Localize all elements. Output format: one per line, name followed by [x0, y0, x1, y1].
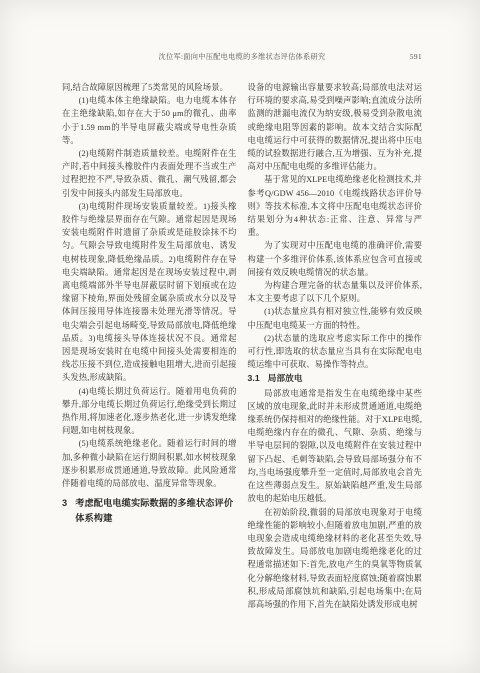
paragraph-continuation: 同,结合故障原因梳理了5类常见的风险场景。 — [62, 81, 237, 94]
section-number: 3.1 — [248, 372, 260, 385]
paragraph: 为了实现对中压配电电缆的准确评价,需要构建一个多维评价体系,该体系应包含可直接或… — [248, 239, 423, 279]
section-3-heading: 3 考虑配电电缆实际数据的多维状态评价体系构建 — [62, 496, 237, 525]
paragraph: (4)电缆长期过负荷运行。随着用电负荷的攀升,部分电缆长期过负荷运行,绝缘受到长… — [62, 385, 237, 438]
running-title: 沈位军:面向中压配电电缆的多维状态评估体系研究 — [62, 51, 422, 63]
paragraph: 局部放电通常是指发生在电缆绝缘中某些区域的放电现象,此时并未形成贯通通道,电缆绝… — [248, 387, 423, 506]
page-number: 591 — [410, 51, 422, 63]
paragraph: (5)电缆系统绝缘老化。随着运行时间的增加,多种微小缺陷在运行期间积累,如水树枝… — [62, 437, 237, 490]
paragraph: (2)电缆附件制造质量较差。电缆附件在生产时,若中间接头橡胶件内表面处理不当或生… — [62, 147, 237, 200]
paragraph: (1)状态量应具有相对独立性,能够有效反映中压配电电缆某一方面的特性。 — [248, 305, 423, 331]
left-column: 同,结合故障原因梳理了5类常见的风险场景。 (1)电缆本体主绝缘缺陷。电力电缆本… — [62, 81, 237, 611]
paragraph: (2)状态量的选取应考虑实际工作中的操作可行性,即选取的状态量应当具有在实际配电… — [248, 332, 423, 372]
paragraph: (3)电缆附件现场安装质量较差。1)接头橡胶件与绝缘层界面存在气隙。通常起因是现… — [62, 200, 237, 385]
paragraph: 基于常见的XLPE电缆绝缘老化检测技术,并参考Q/GDW 456—2010《电缆… — [248, 173, 423, 239]
section-number: 3 — [62, 496, 67, 525]
right-column: 设备的电源输出容量要求较高;局部放电法对运行环境的要求高,易受到噪声影响;直流成… — [248, 81, 423, 611]
paragraph-continuation: 设备的电源输出容量要求较高;局部放电法对运行环境的要求高,易受到噪声影响;直流成… — [248, 81, 423, 173]
section-title: 局部放电 — [268, 372, 422, 385]
running-header: 沈位军:面向中压配电电缆的多维状态评估体系研究 591 — [62, 51, 422, 63]
section-3-1-heading: 3.1 局部放电 — [248, 372, 423, 385]
body-columns: 同,结合故障原因梳理了5类常见的风险场景。 (1)电缆本体主绝缘缺陷。电力电缆本… — [62, 81, 422, 611]
paragraph: 为构建合理完备的状态量集以及评价体系,本文主要考虑了以下几个原则。 — [248, 279, 423, 305]
section-title: 考虑配电电缆实际数据的多维状态评价体系构建 — [75, 496, 236, 525]
paragraph: (1)电缆本体主绝缘缺陷。电力电缆本体存在主绝缘缺陷,如存在大于50 μm的微孔… — [62, 94, 237, 147]
paragraph: 在初始阶段,微弱的局部放电现象对于电缆绝缘性能的影响较小,但随着放电加剧,严重的… — [248, 506, 423, 612]
paper-page: 沈位军:面向中压配电电缆的多维状态评估体系研究 591 同,结合故障原因梳理了5… — [0, 0, 480, 673]
